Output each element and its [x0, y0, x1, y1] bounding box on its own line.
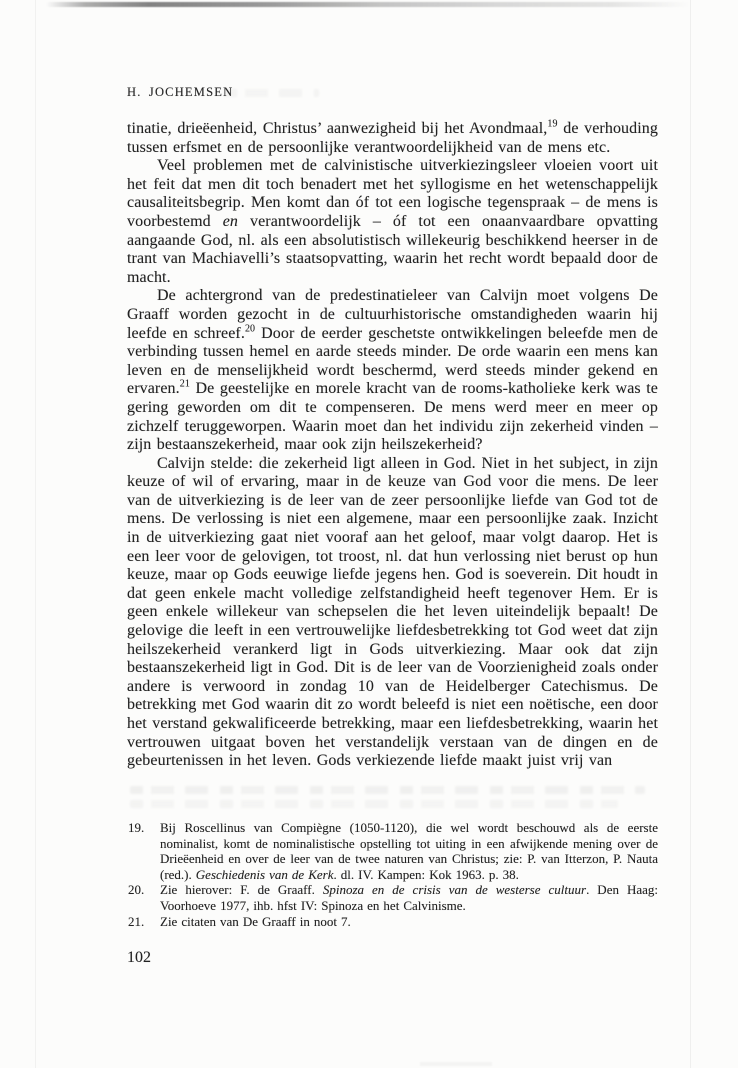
text-run: Zie hierover: F. de Graaff.	[160, 882, 323, 897]
bleed-through-artifact	[130, 786, 645, 794]
bleed-through-artifact	[130, 800, 618, 808]
body-text: tinatie, drieëenheid, Christus’ aanwezig…	[127, 120, 658, 771]
page-right-edge	[690, 0, 691, 1068]
footnote-text: Zie hierover: F. de Graaff. Spinoza en d…	[160, 882, 658, 913]
bleed-through-artifact	[224, 89, 319, 97]
text-run: tinatie, drieëenheid, Christus’ aanwezig…	[127, 120, 547, 137]
footnote-number: 19.	[128, 820, 160, 882]
footnote-section: 19.Bij Roscellinus van Compiègne (1050-1…	[128, 820, 658, 929]
paragraph: De achtergrond van de predestinatieleer …	[127, 287, 658, 454]
footnote-text: Bij Roscellinus van Compiègne (1050-1120…	[160, 820, 658, 882]
footnote-item: 19.Bij Roscellinus van Compiègne (1050-1…	[128, 820, 658, 882]
page-number: 102	[127, 949, 151, 967]
paragraph: tinatie, drieëenheid, Christus’ aanwezig…	[127, 120, 658, 157]
footnote-reference: 20	[245, 323, 255, 334]
scanned-page: H. JOCHEMSEN tinatie, drieëenheid, Chris…	[0, 0, 738, 1068]
footnote-number: 21.	[128, 914, 160, 930]
footnote-item: 21.Zie citaten van De Graaff in noot 7.	[128, 914, 658, 930]
running-header: H. JOCHEMSEN	[127, 85, 233, 100]
footnote-reference: 21	[180, 379, 190, 390]
text-run: . dl. IV. Kampen: Kok 1963. p. 38.	[334, 867, 519, 882]
paragraph: Veel problemen met de calvinistische uit…	[127, 157, 658, 287]
italic-text: Spinoza en de crisis van de westerse cul…	[323, 882, 586, 897]
page-left-edge	[35, 0, 36, 1068]
italic-text: en	[223, 213, 238, 230]
footnote-reference: 19	[547, 119, 557, 130]
text-run: Calvijn stelde: die zekerheid ligt allee…	[127, 455, 658, 770]
scan-artifact-top-edge	[46, 2, 690, 7]
text-run: Zie citaten van De Graaff in noot 7.	[160, 914, 351, 929]
italic-text: Geschiedenis van de Kerk	[196, 867, 334, 882]
footnote-number: 20.	[128, 882, 160, 913]
footnote-text: Zie citaten van De Graaff in noot 7.	[160, 914, 658, 930]
paragraph: Calvijn stelde: die zekerheid ligt allee…	[127, 455, 658, 771]
text-run: De geestelijke en morele kracht van de r…	[127, 380, 658, 453]
scan-artifact-bottom-edge	[420, 1062, 492, 1066]
footnote-item: 20.Zie hierover: F. de Graaff. Spinoza e…	[128, 882, 658, 913]
